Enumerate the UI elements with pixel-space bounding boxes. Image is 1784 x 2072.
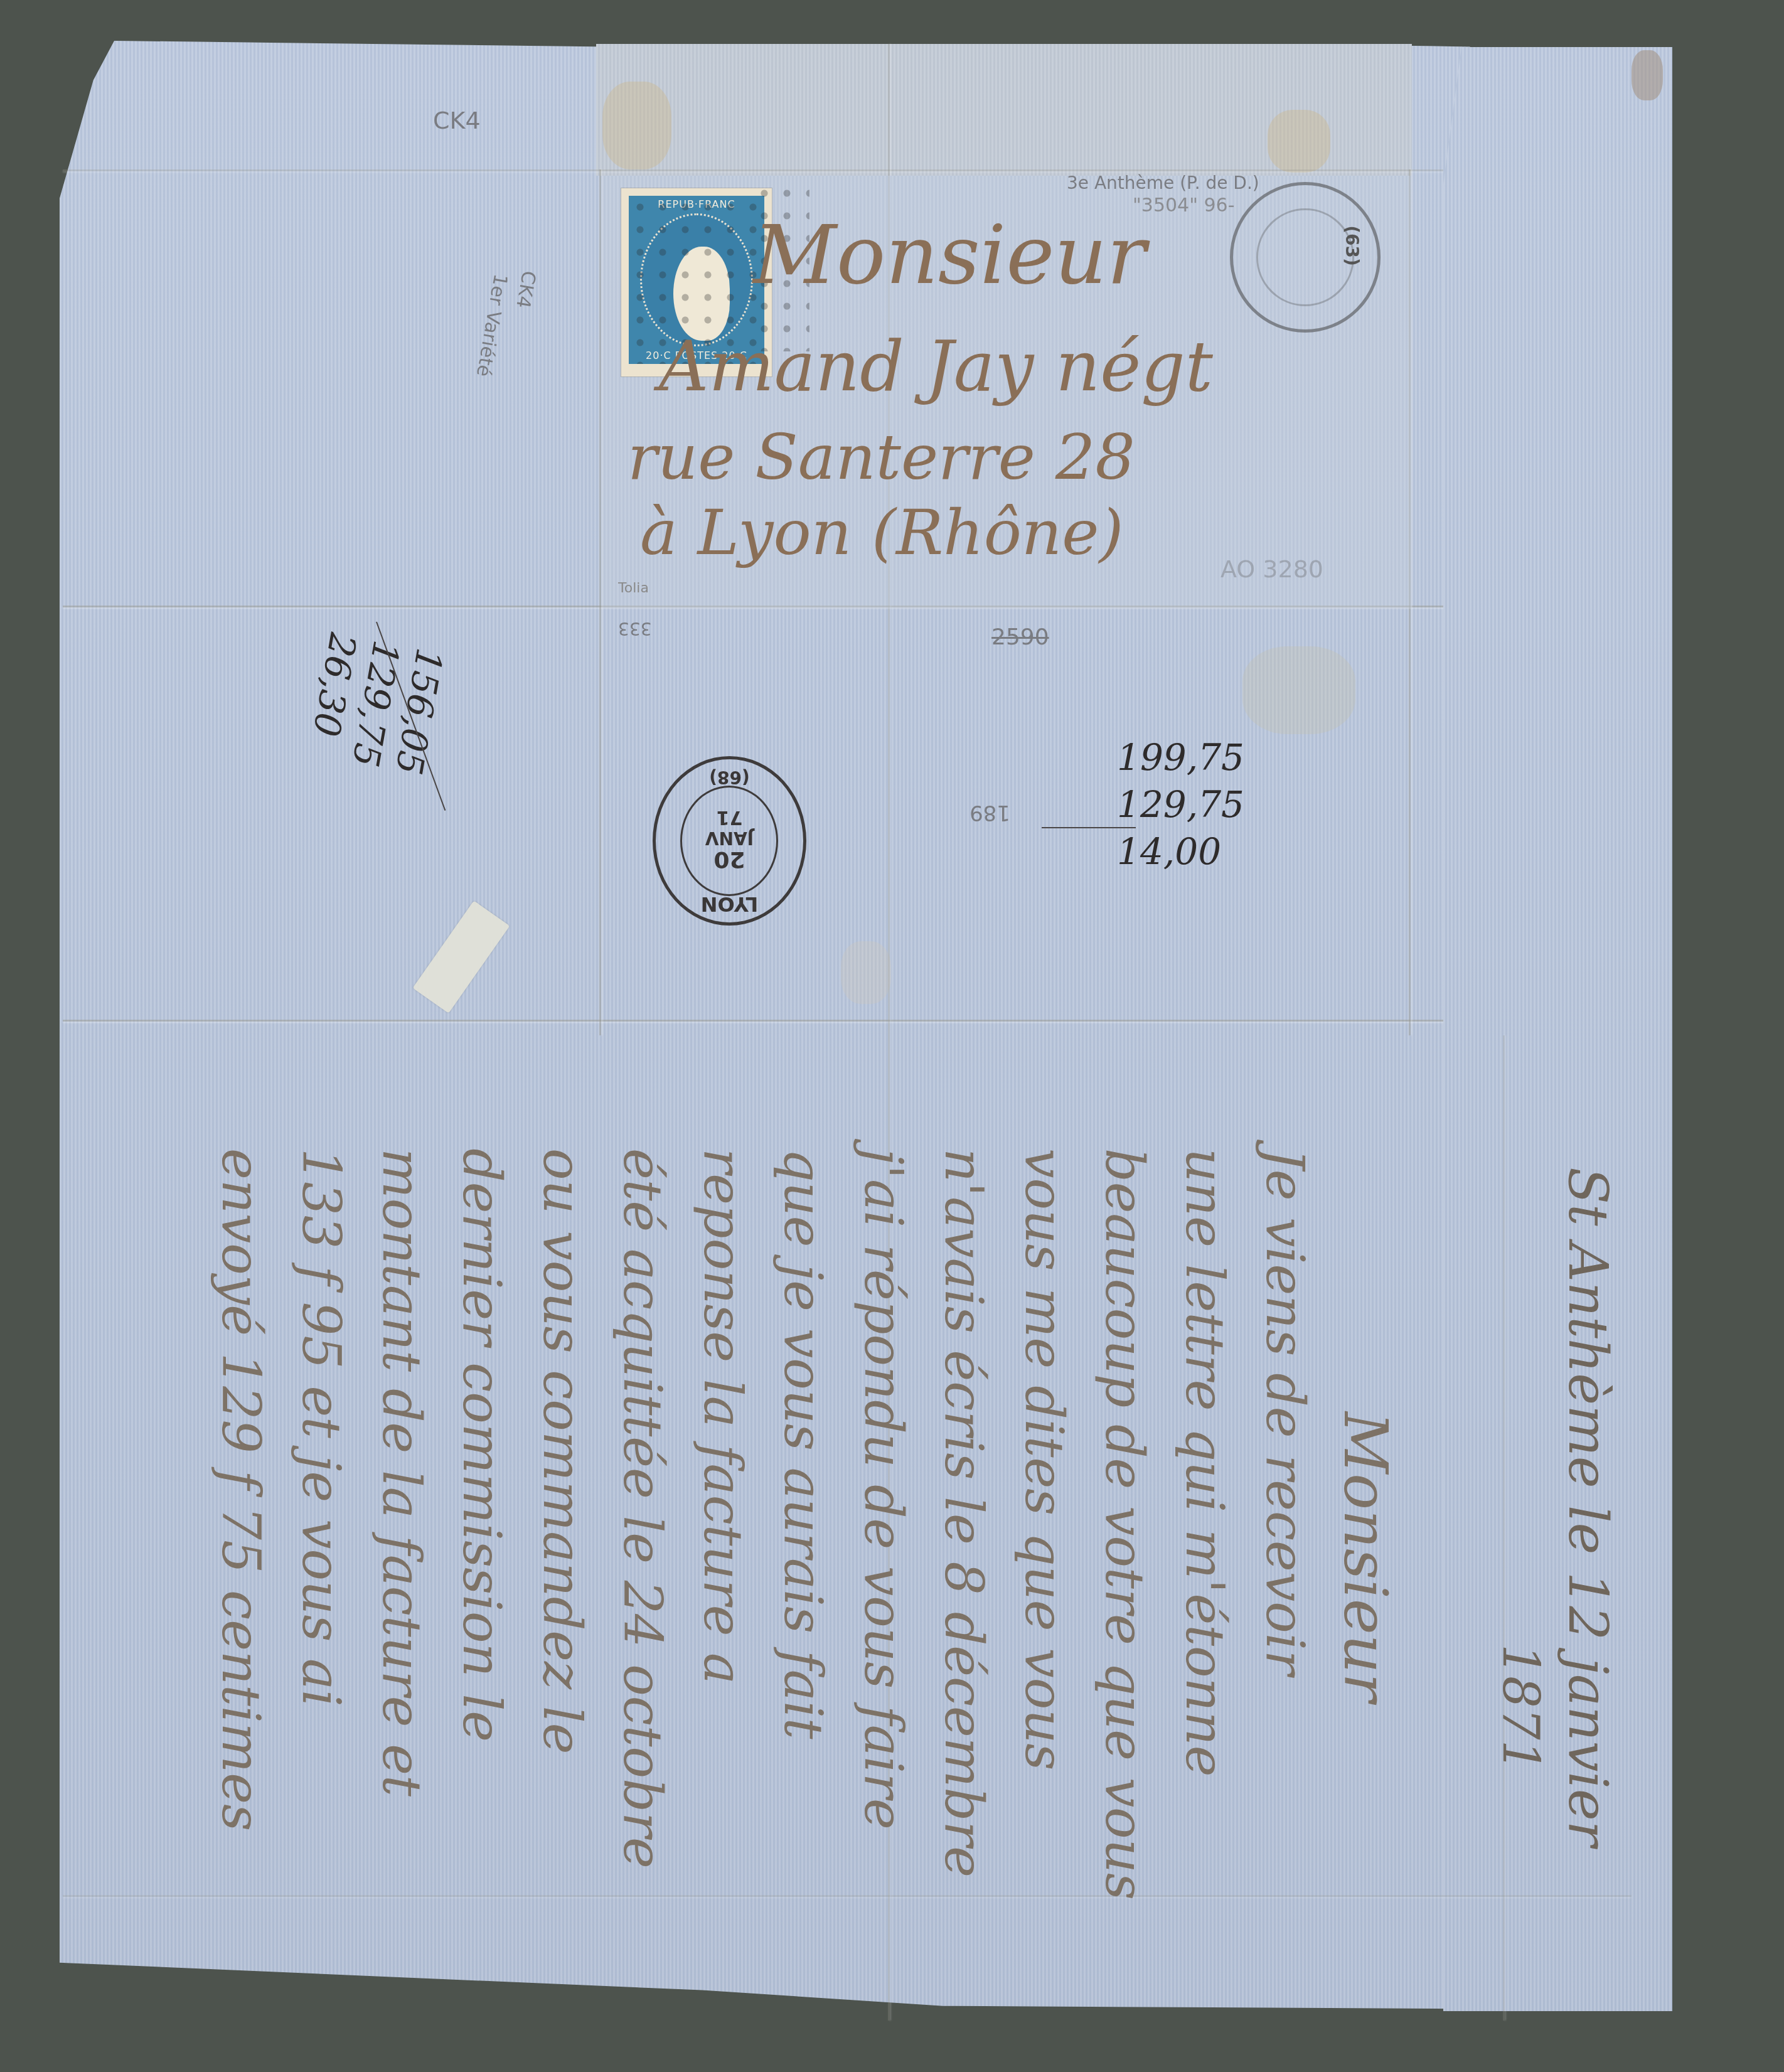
- letter-line: Je viens de recevoir: [1245, 1148, 1325, 1900]
- calculation-block-right: 199,75 129,75 14,00: [1117, 734, 1244, 875]
- fold-crease: [599, 169, 601, 1035]
- letter-line: beaucoup de votre que vous: [1084, 1148, 1165, 1900]
- fold-crease: [63, 1020, 1443, 1022]
- fold-crease: [1503, 1035, 1505, 2021]
- age-stain: [1632, 50, 1663, 100]
- letter-line: une lettre qui m'étonne: [1165, 1148, 1245, 1900]
- age-stain: [602, 82, 671, 169]
- pencil-note-reference: "3504" 96-: [1133, 195, 1234, 216]
- pencil-note-corner: CK4: [433, 107, 481, 134]
- letter-line: que je vous aurais fait: [763, 1148, 843, 1900]
- fold-crease: [63, 169, 1443, 171]
- age-stain: [841, 941, 891, 1004]
- letter-dateline: St Anthème le 12 janvier: [1556, 1167, 1619, 1847]
- letter-year: 1871: [1492, 1644, 1550, 1772]
- letter-line: vous me dites que vous: [1004, 1148, 1084, 1900]
- letter-salutation: Monsieur: [1325, 1412, 1406, 1900]
- pencil-note-erased: AO 3280: [1220, 555, 1323, 583]
- letter-line: dernier commission le: [442, 1148, 522, 1900]
- letter-line: j'ai répondu de vous faire: [843, 1148, 924, 1900]
- address-line-2: Amand Jay négt: [659, 326, 1213, 407]
- pencil-note-small: 189: [969, 800, 1010, 825]
- pencil-note-fold: Tolia: [618, 580, 649, 596]
- pencil-note-origin: 3e Anthème (P. de D.): [1067, 173, 1259, 193]
- pencil-note-inverted: 333: [618, 618, 651, 639]
- lyon-backstamp: LYON 20 JANV 71 (68): [653, 756, 806, 926]
- front-postmark: (63): [1230, 182, 1381, 333]
- address-line-4: à Lyon (Rhône): [640, 496, 1123, 569]
- age-stain: [1268, 110, 1330, 173]
- age-stain: [1242, 646, 1355, 734]
- letter-body: Monsieur Je viens de recevoir une lettre…: [201, 1148, 1406, 1900]
- sum-line: [1042, 827, 1136, 828]
- address-line-1: Monsieur: [753, 207, 1146, 302]
- letter-line: n'avais écris le 8 décembre: [924, 1148, 1004, 1900]
- letter-line: envoyé 129 f 75 centimes: [201, 1148, 281, 1900]
- letter-line: reponse la facture a: [683, 1148, 763, 1900]
- letter-line: été acquittée le 24 octobre: [602, 1148, 683, 1900]
- pencil-note-struck-price: 2590: [991, 624, 1049, 650]
- letter-line: montant de la facture et: [361, 1148, 442, 1900]
- address-line-3: rue Santerre 28: [628, 420, 1135, 494]
- calculation-block-left: 156,05 129,75 26,30: [300, 630, 452, 778]
- letter-line: 133 f 95 et je vous ai: [281, 1148, 361, 1900]
- letter-line: ou vous commandez le: [522, 1148, 602, 1900]
